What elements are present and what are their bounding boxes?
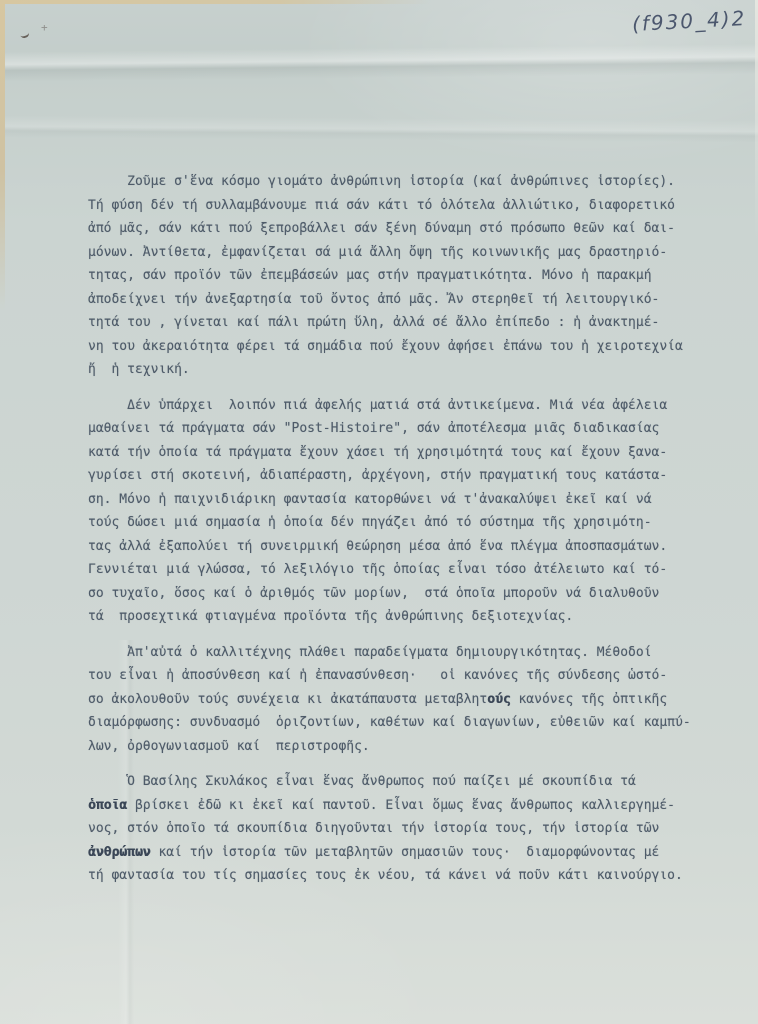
text-line: ἀπό μᾶς, σάν κάτι πού ξεπροβάλλει σάν ξέ…: [88, 217, 708, 241]
text-line: Ὁ Βασίλης Σκυλάκος εἶναι ἕνας ἄνθρωπος π…: [88, 770, 708, 794]
paper-crease: [0, 115, 758, 142]
pencil-speck: +: [41, 24, 49, 32]
text-line: ἤ ἡ τεχνική.: [88, 358, 708, 382]
staple-mark: [19, 29, 30, 39]
text-line: τούς δώσει μιά σημασία ἡ ὁποία δέν πηγάζ…: [88, 511, 708, 535]
text-line: Ζοῦμε σ'ἕνα κόσμο γιομάτο ἀνθρώπινη ἱστο…: [88, 170, 708, 194]
text-line: κατά τήν ὁποία τά πράγματα ἔχουν χάσει τ…: [88, 441, 708, 465]
text-line: μόνων. Ἀντίθετα, ἐμφανίζεται σά μιά ἄλλη…: [88, 241, 708, 265]
text-line: γυρίσει στή σκοτεινή, ἀδιαπέραστη, ἀρχέγ…: [88, 464, 708, 488]
paragraph: Ὁ Βασίλης Σκυλάκος εἶναι ἕνας ἄνθρωπος π…: [88, 770, 708, 888]
paper-edge: [0, 0, 430, 4]
paper-crease: [0, 44, 758, 82]
handwritten-annotation: (f930_4)2: [631, 6, 746, 36]
text-line: νος, στόν ὁποῖο τά σκουπίδια διηγοῦνται …: [88, 817, 708, 841]
scanned-document-page: + (f930_4)2 Ζοῦμε σ'ἕνα κόσμο γιομάτο ἀν…: [0, 0, 758, 1024]
text-line: τας ἀλλά ἐξαπολύει τή συνειρμική θεώρηση…: [88, 535, 708, 559]
text-line: νη του ἀκεραιότητα φέρει τά σημάδια πού …: [88, 335, 708, 359]
typewritten-text: Ζοῦμε σ'ἕνα κόσμο γιομάτο ἀνθρώπινη ἱστο…: [88, 170, 708, 900]
text-line: ἀνθρώπων καί τήν ἱστορία τῶν μεταβλητῶν …: [88, 841, 708, 865]
text-line: ση. Μόνο ἡ παιχνιδιάρικη φαντασία κατορθ…: [88, 488, 708, 512]
paragraph: Ἀπ'αὐτά ὁ καλλιτέχνης πλάθει παραδείγματ…: [88, 641, 708, 759]
text-line: Τή φύση δέν τή συλλαμβάνουμε πιά σάν κάτ…: [88, 194, 708, 218]
text-line: τή φαντασία του τίς σημασίες τους ἐκ νέο…: [88, 864, 708, 888]
text-line: ἀποδείχνει τήν ἀνεξαρτησία τοῦ ὄντος ἀπό…: [88, 288, 708, 312]
text-line: διαμόρφωσης: συνδυασμό ὁριζοντίων, καθέτ…: [88, 711, 708, 735]
text-line: λων, ὀρθογωνιασμοῦ καί περιστροφῆς.: [88, 735, 708, 759]
paragraph: Δέν ὑπάρχει λοιπόν πιά ἀφελής ματιά στά …: [88, 394, 708, 629]
text-line: Ἀπ'αὐτά ὁ καλλιτέχνης πλάθει παραδείγματ…: [88, 641, 708, 665]
text-line: ὁποῖα βρίσκει ἐδῶ κι ἐκεῖ καί παντοῦ. Εἶ…: [88, 794, 708, 818]
text-line: τητά του , γίνεται καί πάλι πρώτη ὕλη, ἀ…: [88, 311, 708, 335]
text-line: τητας, σάν προϊόν τῶν ἐπεμβάσεών μας στή…: [88, 264, 708, 288]
text-line: Γεννιέται μιά γλώσσα, τό λεξιλόγιο τῆς ὁ…: [88, 558, 708, 582]
text-line: Δέν ὑπάρχει λοιπόν πιά ἀφελής ματιά στά …: [88, 394, 708, 418]
text-line: σο ἀκολουθοῦν τούς συνέχεια κι ἀκατάπαυσ…: [88, 688, 708, 712]
paragraph: Ζοῦμε σ'ἕνα κόσμο γιομάτο ἀνθρώπινη ἱστο…: [88, 170, 708, 382]
text-line: του εἶναι ἡ ἀποσύνθεση καί ἡ ἐπανασύνθεσ…: [88, 664, 708, 688]
paper-edge: [0, 0, 5, 310]
text-line: τά προσεχτικά φτιαγμένα προϊόντα τῆς ἀνθ…: [88, 605, 708, 629]
text-line: σο τυχαῖο, ὅσος καί ὁ ἀριθμός τῶν μορίων…: [88, 582, 708, 606]
text-line: μαθαίνει τά πράγματα σάν "Post-Histoire"…: [88, 417, 708, 441]
